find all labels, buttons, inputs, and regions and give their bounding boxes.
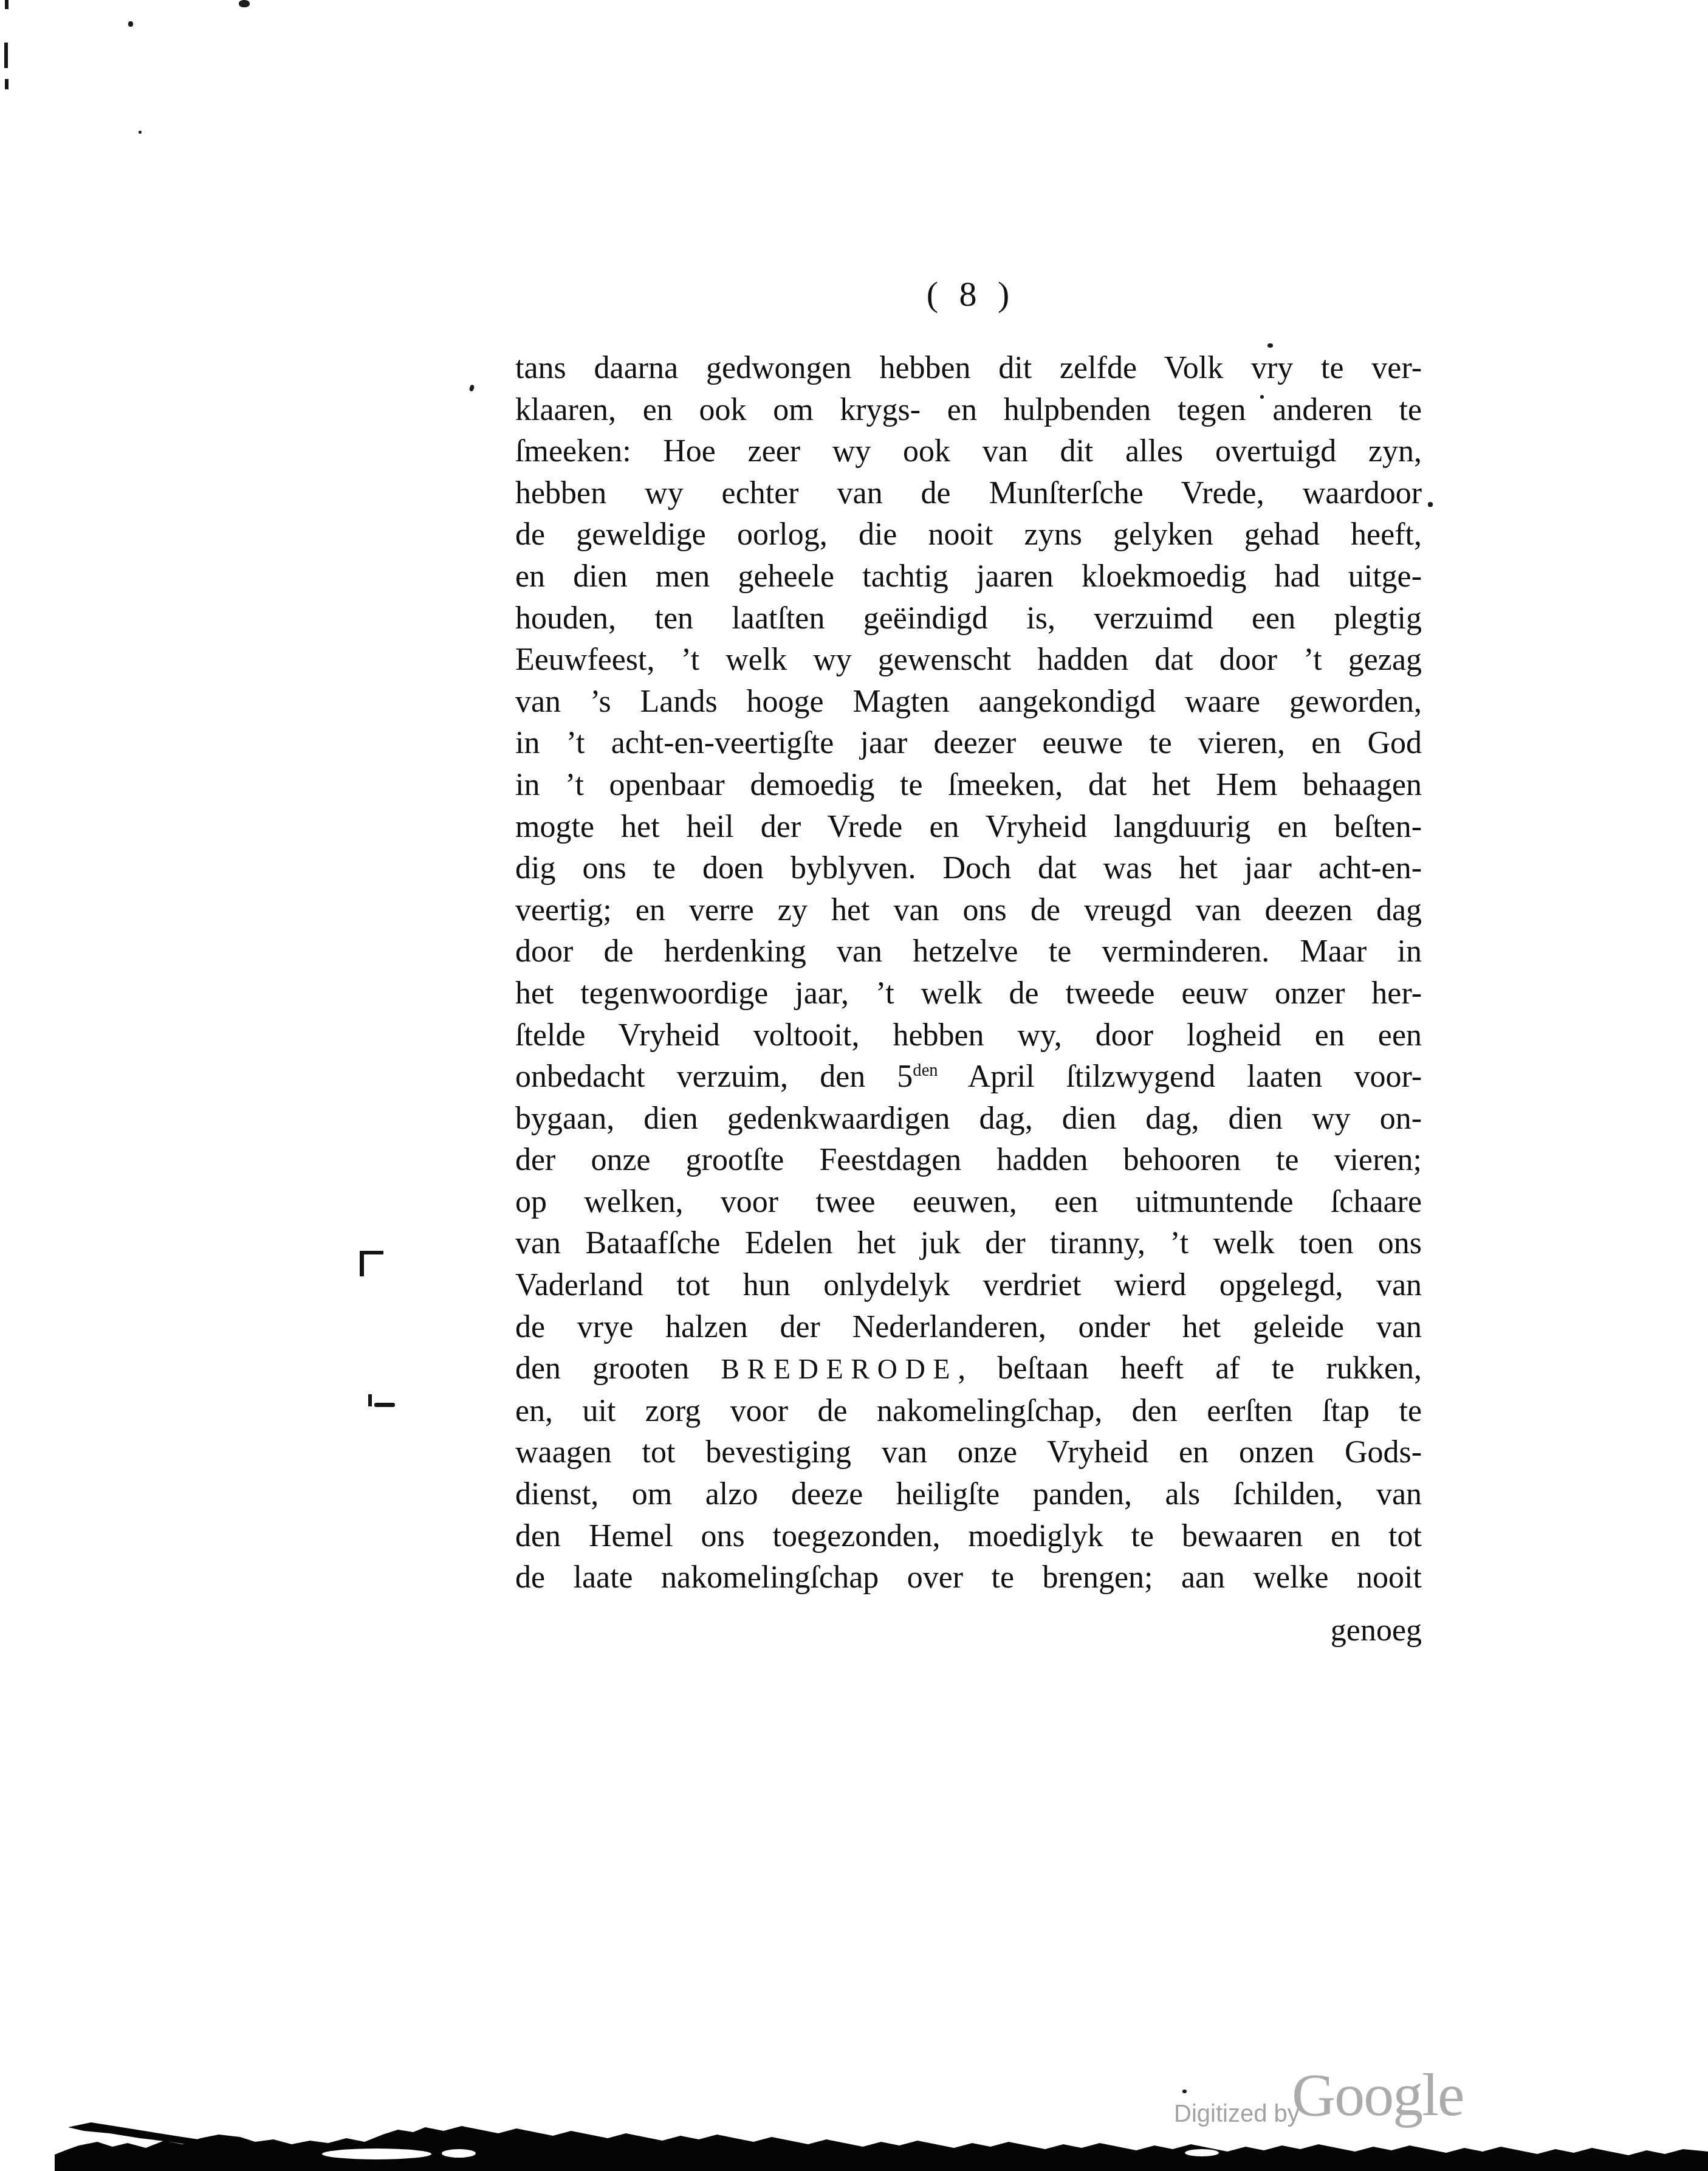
text-line: Vaderland tot hun onlydelyk verdriet wie…: [515, 1265, 1422, 1307]
text-line: ſmeeken: Hoe zeer wy ook van dit alles o…: [515, 431, 1422, 473]
catchword: genoeg: [515, 1610, 1422, 1652]
text-line: door de herdenking van hetzelve te vermi…: [515, 931, 1422, 973]
page-number: ( 8 ): [515, 274, 1422, 314]
line-post: , beſtaan heeft af te rukken,: [958, 1351, 1422, 1386]
line-post: April ſtilzwygend laaten voor-: [938, 1059, 1422, 1094]
person-name-brederode: BREDERODE: [721, 1354, 958, 1385]
left-edge-mark: [4, 43, 8, 68]
superscript-ordinal: den: [913, 1061, 938, 1080]
text-line-with-name: den grooten BREDERODE, beſtaan heeft af …: [515, 1348, 1422, 1391]
ink-speck: [239, 0, 250, 7]
text-line: in ’t openbaar demoedig te ſmeeken, dat …: [515, 765, 1422, 807]
left-edge-mark: [5, 0, 9, 9]
ink-speck: [1182, 2090, 1187, 2093]
ink-speck: [1260, 395, 1264, 399]
text-line: Eeuwfeest, ’t welk wy gewenscht hadden d…: [515, 639, 1422, 681]
margin-tick-mark: [368, 1394, 372, 1406]
text-line: in ’t acht-en-veertigſte jaar deezer eeu…: [515, 723, 1422, 765]
text-line: der onze grootſte Feestdagen hadden beho…: [515, 1140, 1422, 1182]
text-line: van Bataafſche Edelen het juk der tirann…: [515, 1223, 1422, 1265]
text-line: dienst, om alzo deeze heiligſte panden, …: [515, 1474, 1422, 1516]
text-line: den Hemel ons toegezonden, moediglyk te …: [515, 1516, 1422, 1558]
text-line: en, uit zorg voor de nakomelingſchap, de…: [515, 1391, 1422, 1433]
ink-speck: [128, 21, 133, 27]
line-pre: onbedacht verzuim, den 5: [515, 1059, 913, 1094]
text-line: hebben wy echter van de Munſterſche Vred…: [515, 473, 1422, 515]
text-line: dig ons te doen byblyven. Doch dat was h…: [515, 848, 1422, 890]
ink-speck: [139, 131, 142, 134]
scan-black-band: [0, 2116, 1708, 2171]
text-line: de geweldige oorlog, die nooit zyns gely…: [515, 514, 1422, 556]
text-line: klaaren, en ook om krygs- en hulpbenden …: [515, 390, 1422, 432]
text-line: veertig; en verre zy het van ons de vreu…: [515, 890, 1422, 932]
text-line: bygaan, dien gedenkwaardigen dag, dien d…: [515, 1098, 1422, 1140]
text-line: tans daarna gedwongen hebben dit zelfde …: [515, 348, 1422, 390]
scanned-book-page: ( 8 ) tans daarna gedwongen hebben dit z…: [0, 0, 1708, 2171]
text-line: en dien men geheele tachtig jaaren kloek…: [515, 556, 1422, 598]
text-line: de vrye halzen der Nederlanderen, onder …: [515, 1307, 1422, 1349]
line-pre: den grooten: [515, 1351, 721, 1386]
text-line: houden, ten laatſten geëindigd is, verzu…: [515, 598, 1422, 640]
text-line: de laate nakomelingſchap over te brengen…: [515, 1557, 1422, 1599]
text-line: het tegenwoordige jaar, ’t welk de tweed…: [515, 973, 1422, 1015]
ink-speck: [468, 384, 475, 392]
body-text-block: tans daarna gedwongen hebben dit zelfde …: [515, 348, 1422, 1651]
text-line: op welken, voor twee eeuwen, een uitmunt…: [515, 1182, 1422, 1223]
ink-speck: [1267, 343, 1273, 348]
text-line: van ’s Lands hooge Magten aangekondigd w…: [515, 681, 1422, 723]
text-line-with-superscript: onbedacht verzuim, den 5den April ſtilzw…: [515, 1056, 1422, 1098]
margin-dash-mark: [374, 1403, 395, 1407]
left-edge-mark: [5, 79, 9, 89]
text-line: ſtelde Vryheid voltooit, hebben wy, door…: [515, 1015, 1422, 1057]
text-line: waagen tot bevestiging van onze Vryheid …: [515, 1432, 1422, 1474]
margin-corner-mark: [360, 1251, 383, 1276]
ink-speck: [1428, 502, 1433, 507]
text-line: mogte het heil der Vrede en Vryheid lang…: [515, 807, 1422, 848]
